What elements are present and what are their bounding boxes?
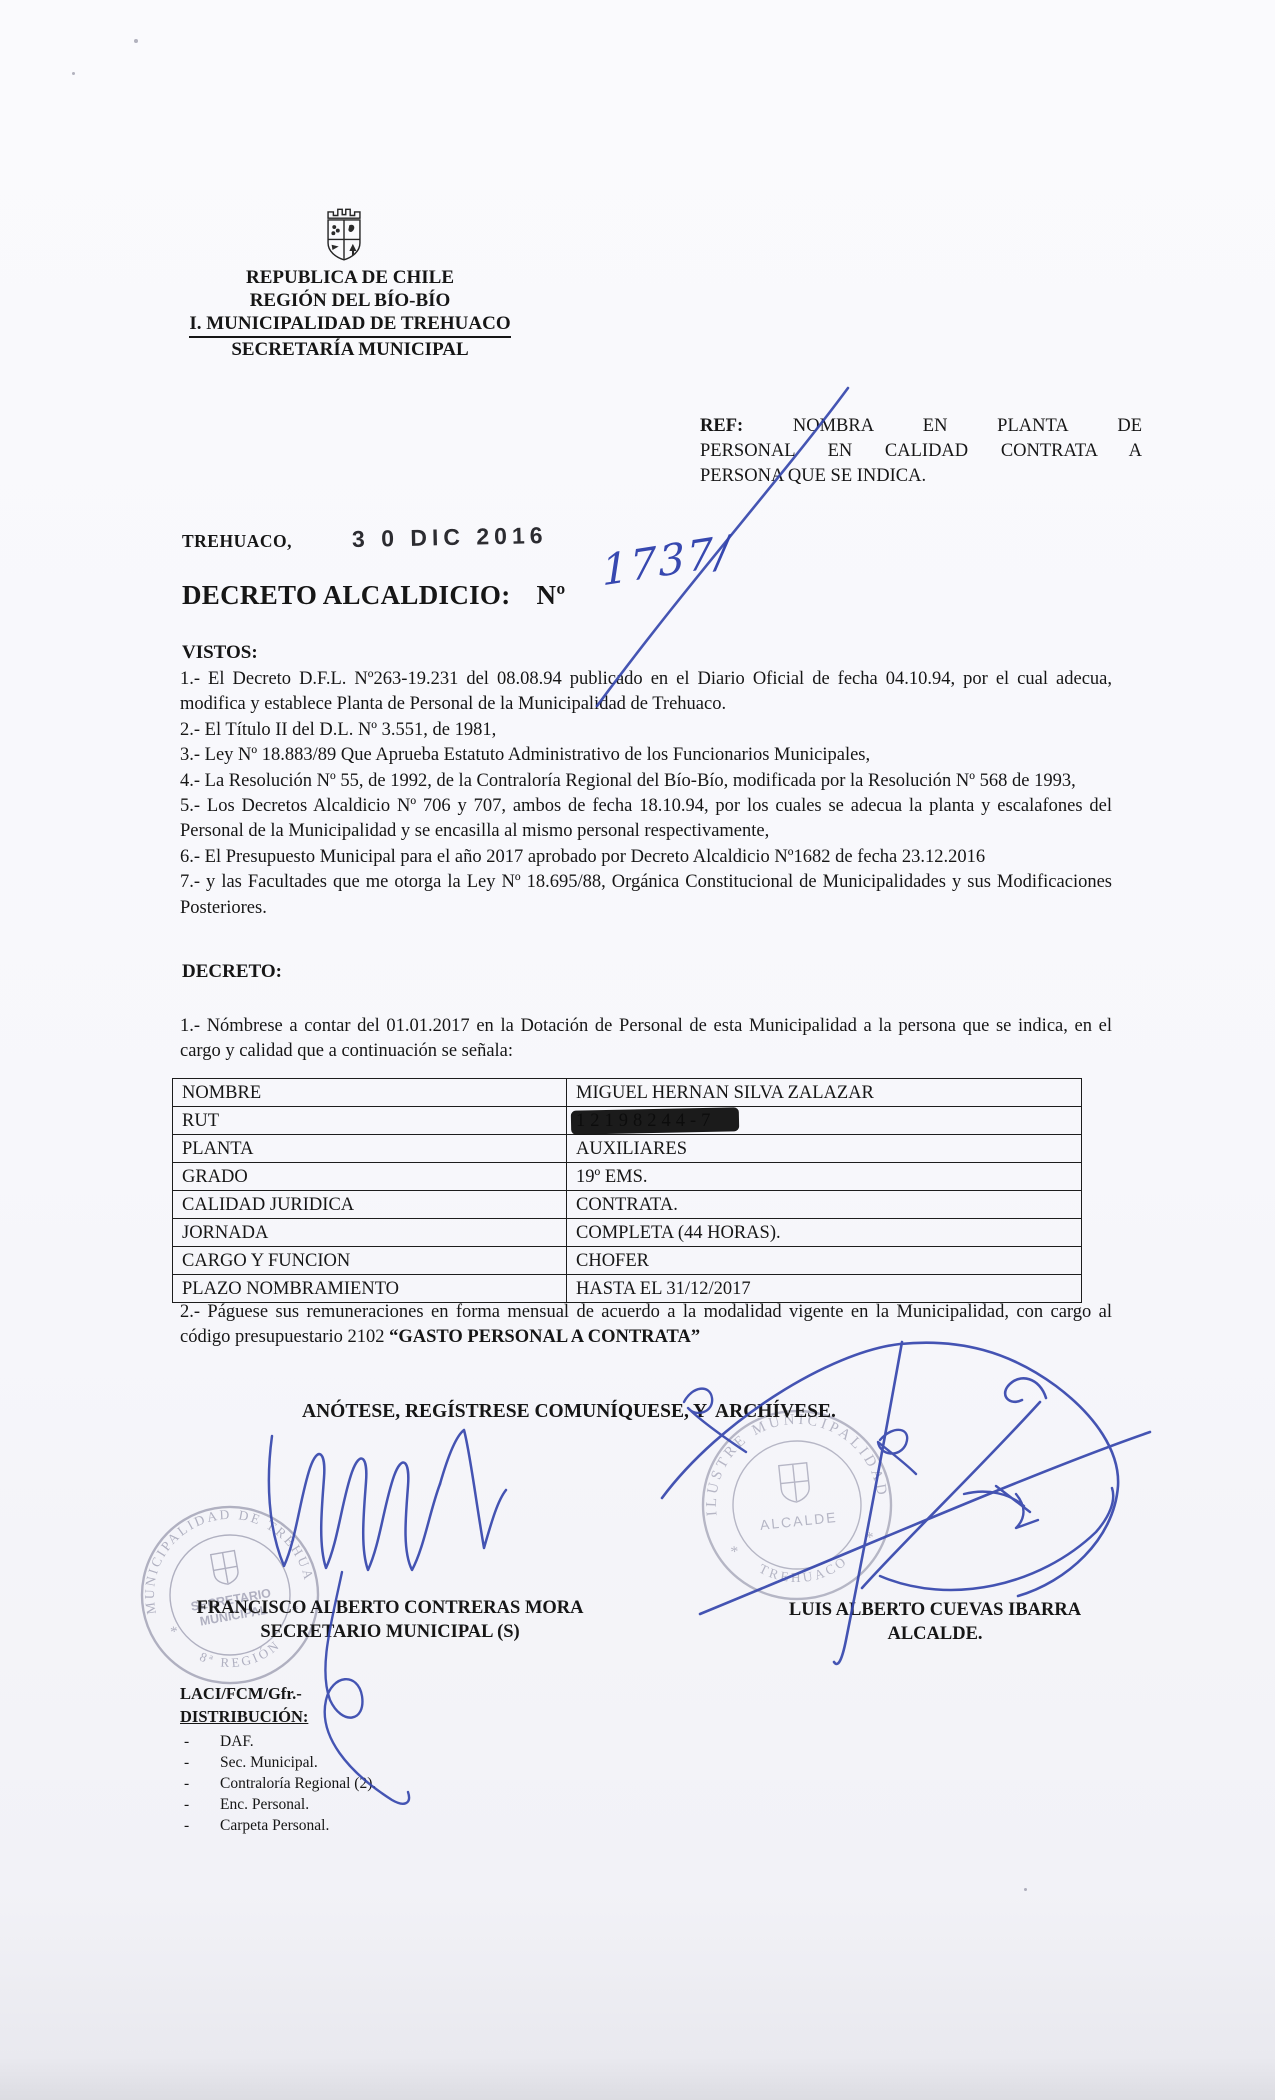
- svg-text:TREHUACO: TREHUACO: [755, 1552, 852, 1590]
- vistos-item: 2.- El Título II del D.L. Nº 3.551, de 1…: [180, 718, 1112, 743]
- distribution-item: -DAF.: [180, 1731, 376, 1752]
- row-label: PLAZO NOMBRAMIENTO: [173, 1275, 567, 1303]
- row-label: PLANTA: [173, 1135, 567, 1163]
- signatory-name: FRANCISCO ALBERTO CONTRERAS MORA: [180, 1596, 600, 1620]
- seal-star: *: [169, 1624, 179, 1641]
- bullet-dash: -: [180, 1815, 220, 1836]
- header-country: REPUBLICA DE CHILE: [150, 266, 550, 289]
- ref-line-3: PERSONA QUE SE INDICA.: [700, 464, 1142, 489]
- row-value: COMPLETA (44 HORAS).: [567, 1219, 1082, 1247]
- table-row: GRADO 19º EMS.: [173, 1163, 1082, 1191]
- municipal-seal-secretary: I. MUNICIPALIDAD DE TREHUACO 8ª REGIÓN S…: [108, 1473, 351, 1716]
- header-municipality: I. MUNICIPALIDAD DE TREHUACO: [189, 312, 510, 338]
- signatory-title: SECRETARIO MUNICIPAL (S): [180, 1620, 600, 1644]
- vistos-heading: VISTOS:: [182, 642, 258, 664]
- seal-arc-bottom: TREHUACO: [755, 1552, 852, 1590]
- footer-block: LACI/FCM/Gfr.- DISTRIBUCIÓN: -DAF. -Sec.…: [180, 1684, 376, 1836]
- budget-code-bold: “GASTO PERSONAL A CONTRATA”: [389, 1327, 700, 1347]
- distribution-item: -Enc. Personal.: [180, 1794, 376, 1815]
- row-label: RUT: [173, 1107, 567, 1135]
- header-region: REGIÓN DEL BÍO-BÍO: [150, 289, 550, 312]
- distribution-list: -DAF. -Sec. Municipal. -Contraloría Regi…: [180, 1731, 376, 1836]
- vistos-item: 3.- Ley Nº 18.883/89 Que Aprueba Estatut…: [180, 743, 1112, 768]
- table-row: JORNADA COMPLETA (44 HORAS).: [173, 1219, 1082, 1247]
- institution-header: REPUBLICA DE CHILE REGIÓN DEL BÍO-BÍO I.…: [150, 266, 550, 361]
- signatory-name: LUIS ALBERTO CUEVAS IBARRA: [740, 1598, 1130, 1622]
- vistos-item: 5.- Los Decretos Alcaldicio Nº 706 y 707…: [180, 794, 1112, 845]
- table-row: RUT 12198244-7: [173, 1107, 1082, 1135]
- personnel-table: NOMBRE MIGUEL HERNAN SILVA ZALAZAR RUT 1…: [172, 1078, 1082, 1303]
- table-row: PLANTA AUXILIARES: [173, 1135, 1082, 1163]
- scan-speck: [134, 39, 138, 43]
- distribution-item: -Contraloría Regional (2).: [180, 1773, 376, 1794]
- seal-center: ALCALDE: [759, 1509, 838, 1533]
- table-row: CARGO Y FUNCION CHOFER: [173, 1247, 1082, 1275]
- decreto-item-1: 1.- Nómbrese a contar del 01.01.2017 en …: [180, 1014, 1112, 1065]
- scan-speck: [72, 72, 75, 75]
- row-value: CHOFER: [567, 1247, 1082, 1275]
- vistos-item: 4.- La Resolución Nº 55, de 1992, de la …: [180, 769, 1112, 794]
- row-label: NOMBRE: [173, 1079, 567, 1107]
- decree-number-prefix: Nº: [537, 580, 566, 610]
- decreto-heading: DECRETO:: [182, 961, 282, 983]
- row-label: GRADO: [173, 1163, 567, 1191]
- date-stamp: 3 0 DIC 2016: [352, 522, 548, 553]
- vistos-item: 7.- y las Facultades que me otorga la Le…: [180, 870, 1112, 921]
- ref-block: REF: NOMBRA EN PLANTA DE PERSONAL EN CAL…: [700, 414, 1142, 489]
- row-label: CARGO Y FUNCION: [173, 1247, 567, 1275]
- table-row: PLAZO NOMBRAMIENTO HASTA EL 31/12/2017: [173, 1275, 1082, 1303]
- bullet-dash: -: [180, 1731, 220, 1752]
- national-emblem-icon: [316, 204, 372, 266]
- signatory-title: ALCALDE.: [740, 1622, 1130, 1646]
- closing-order-line: ANÓTESE, REGÍSTRESE COMUNÍQUESE, Y ARCHÍ…: [302, 1401, 836, 1423]
- scan-speck: [1024, 1888, 1027, 1891]
- bullet-dash: -: [180, 1773, 220, 1794]
- seal-star: *: [730, 1543, 740, 1561]
- signature-block-secretary: FRANCISCO ALBERTO CONTRERAS MORA SECRETA…: [180, 1596, 600, 1644]
- row-value: HASTA EL 31/12/2017: [567, 1275, 1082, 1303]
- row-value: 12198244-7: [567, 1107, 1082, 1135]
- ref-line-2: PERSONAL EN CALIDAD CONTRATA A: [700, 439, 1142, 464]
- distribution-item: -Carpeta Personal.: [180, 1815, 376, 1836]
- signature-block-mayor: LUIS ALBERTO CUEVAS IBARRA ALCALDE.: [740, 1598, 1130, 1646]
- decreto-item-2: 2.- Páguese sus remuneraciones en forma …: [180, 1300, 1112, 1351]
- header-department: SECRETARÍA MUNICIPAL: [150, 338, 550, 361]
- distribution-heading: DISTRIBUCIÓN:: [180, 1707, 376, 1727]
- table-row: NOMBRE MIGUEL HERNAN SILVA ZALAZAR: [173, 1079, 1082, 1107]
- decree-title: DECRETO ALCALDICIO:: [182, 580, 511, 610]
- city-label: TREHUACO,: [182, 531, 292, 552]
- row-value: 19º EMS.: [567, 1163, 1082, 1191]
- seal-star: *: [865, 1529, 875, 1547]
- row-label: JORNADA: [173, 1219, 567, 1247]
- redaction-marker: [571, 1107, 739, 1135]
- decree-title-line: DECRETO ALCALDICIO:Nº: [182, 580, 566, 611]
- table-row: CALIDAD JURIDICA CONTRATA.: [173, 1191, 1082, 1219]
- bullet-dash: -: [180, 1794, 220, 1815]
- ref-label: REF:: [700, 416, 743, 436]
- vistos-item: 6.- El Presupuesto Municipal para el año…: [180, 845, 1112, 870]
- row-value: MIGUEL HERNAN SILVA ZALAZAR: [567, 1079, 1082, 1107]
- municipal-seal-mayor: ILUSTRE MUNICIPALIDAD TREHUACO ALCALDE *…: [682, 1390, 913, 1621]
- distribution-item: -Sec. Municipal.: [180, 1752, 376, 1773]
- row-label: CALIDAD JURIDICA: [173, 1191, 567, 1219]
- drafting-initials: LACI/FCM/Gfr.-: [180, 1684, 376, 1704]
- vistos-list: 1.- El Decreto D.F.L. Nº263-19.231 del 0…: [180, 667, 1112, 921]
- ref-line-1: NOMBRA EN PLANTA DE: [793, 416, 1142, 436]
- row-value: AUXILIARES: [567, 1135, 1082, 1163]
- vistos-item: 1.- El Decreto D.F.L. Nº263-19.231 del 0…: [180, 667, 1112, 718]
- bullet-dash: -: [180, 1752, 220, 1773]
- row-value: CONTRATA.: [567, 1191, 1082, 1219]
